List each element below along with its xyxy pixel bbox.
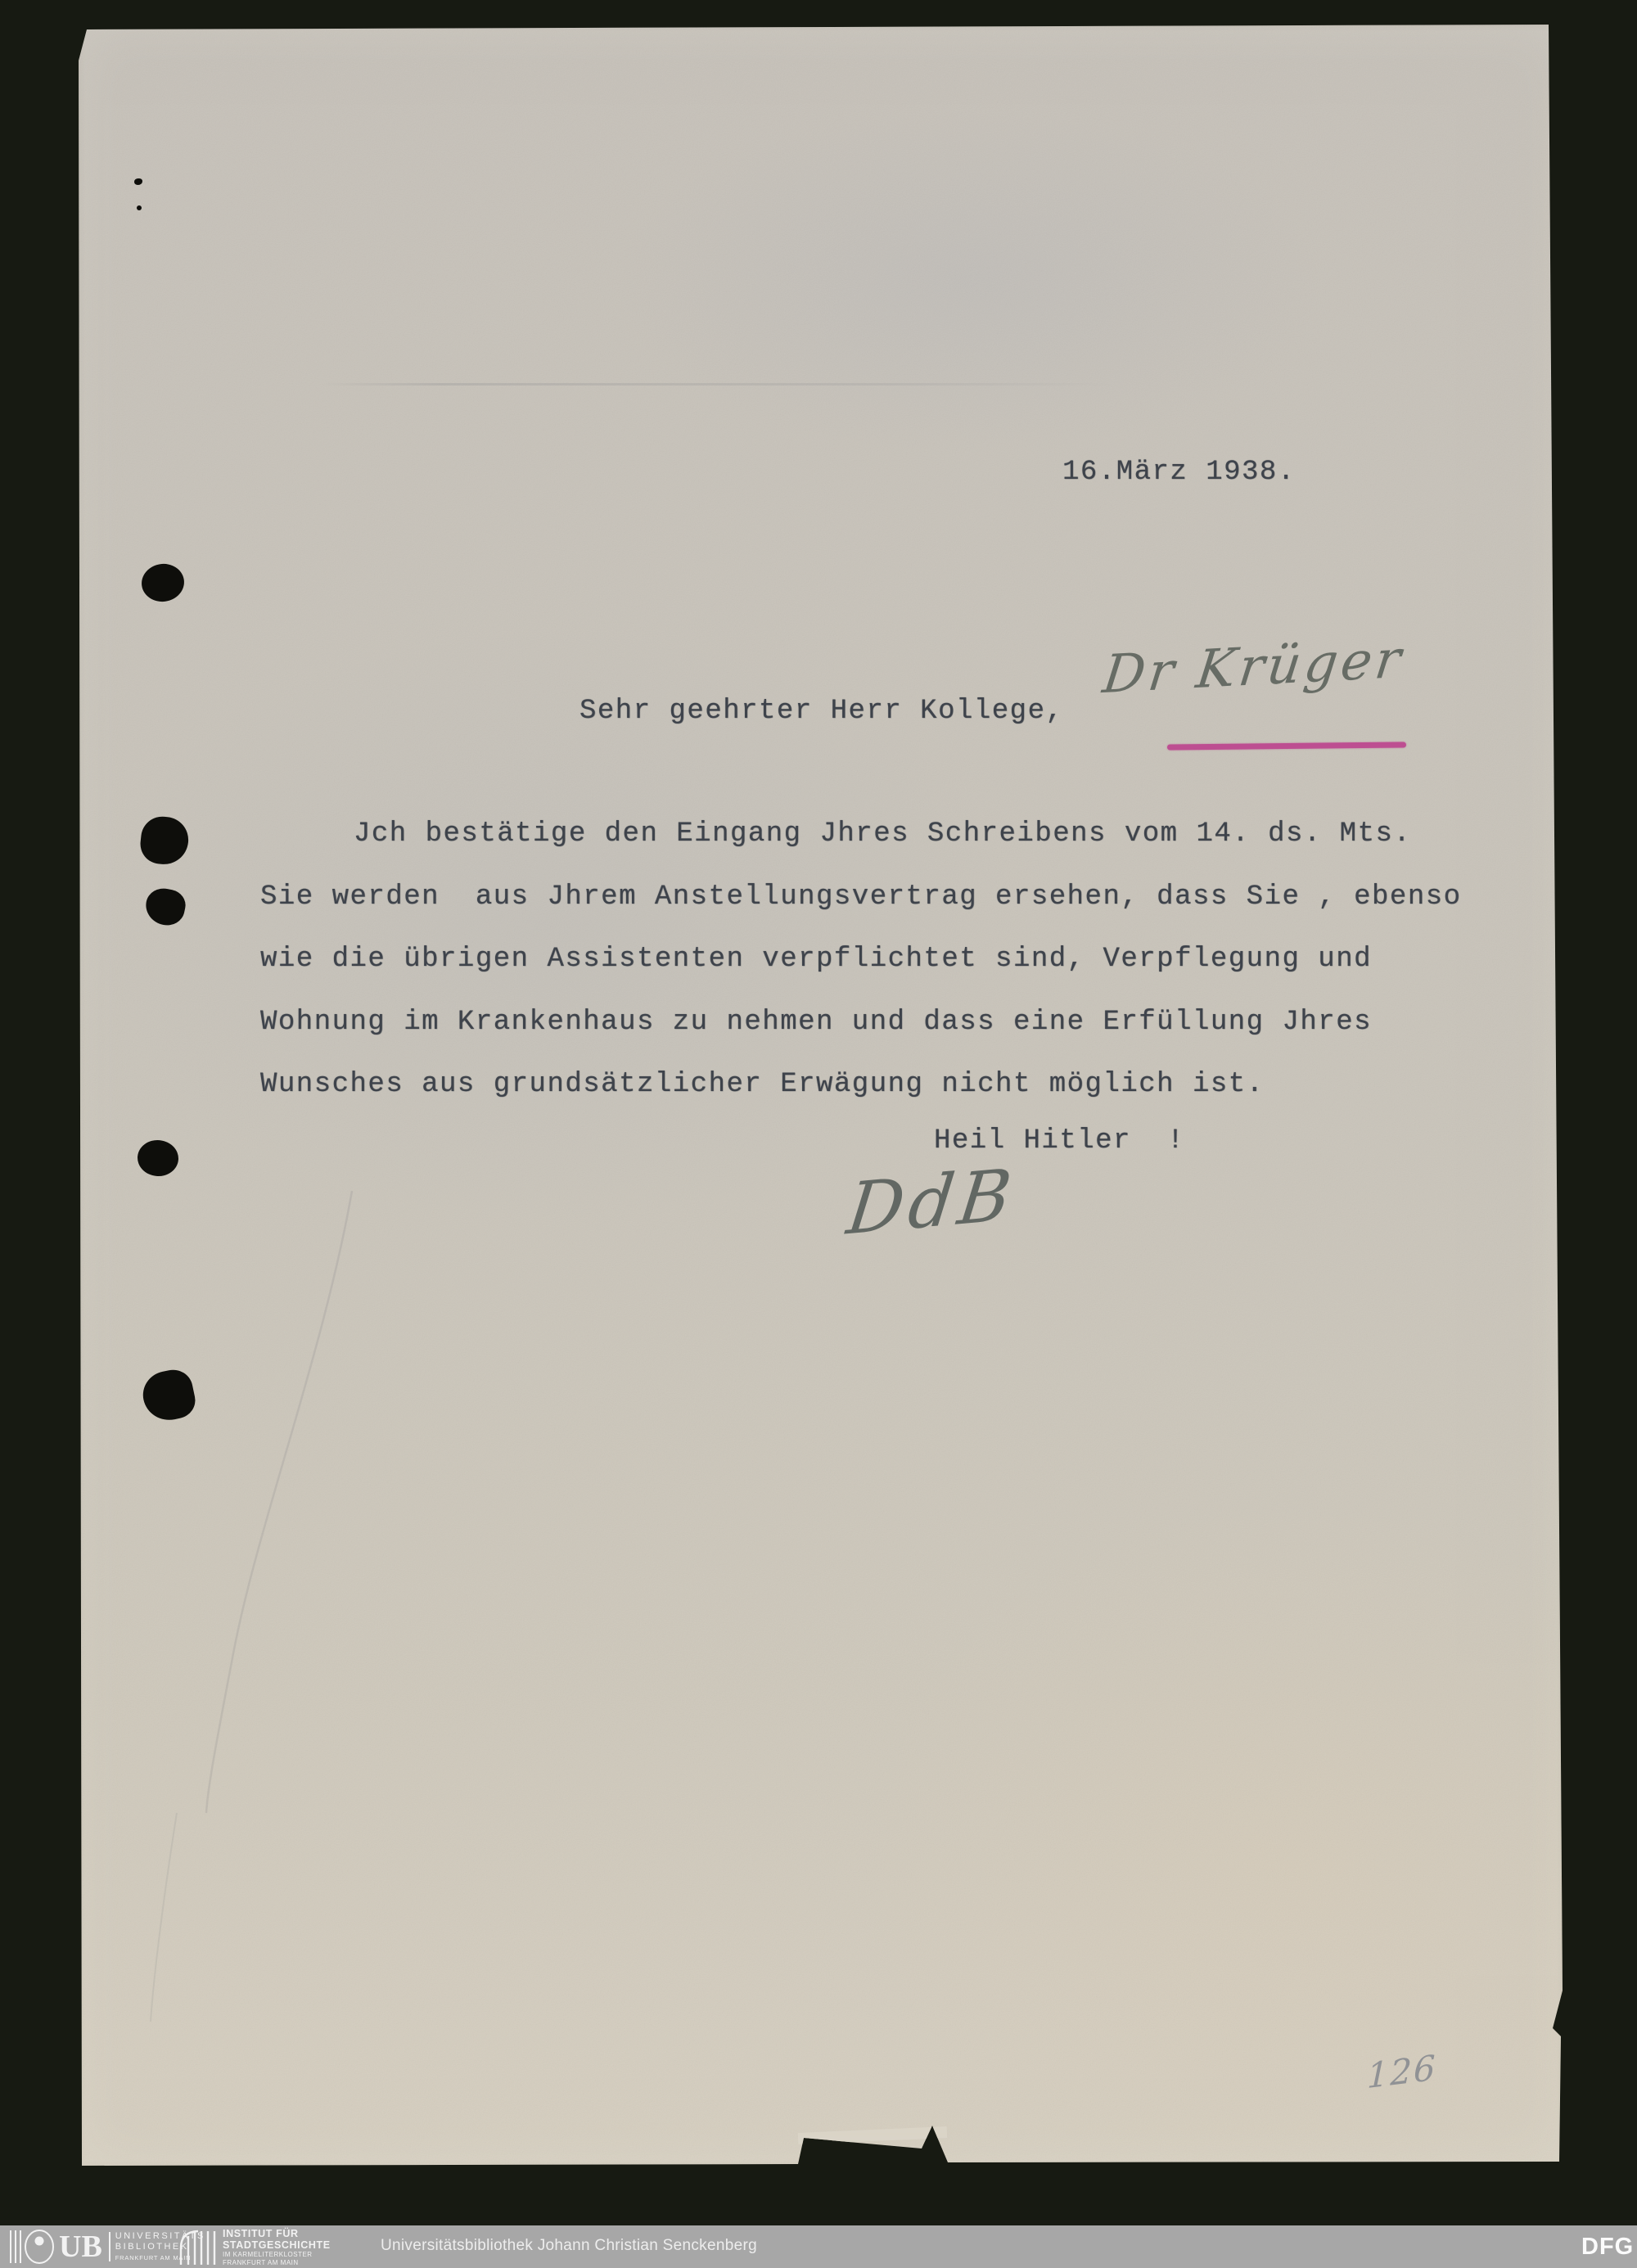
logo-separator (109, 2232, 110, 2261)
ub-goethe-icon (8, 2229, 56, 2265)
dfg-logo: DFG (1581, 2234, 1634, 2261)
punch-hole (139, 561, 187, 605)
institut-logo: INSTITUT FÜR STADTGESCHICHTE IM KARMELIT… (178, 2228, 331, 2266)
body-line: Wunsches aus grundsätzlicher Erwägung ni… (260, 1069, 1462, 1132)
handwritten-annotation: Dr Krüger (1099, 629, 1407, 706)
body-line: Jch bestätige den Eingang Jhres Schreibe… (260, 818, 1462, 881)
ink-blob (138, 1366, 198, 1425)
scanned-letter-page: 16.März 1938. Sehr geehrter Herr Kollege… (0, 0, 1637, 2268)
body-line: wie die übrigen Assistenten verpflichtet… (260, 944, 1462, 1007)
punch-hole (136, 1139, 180, 1178)
paper-tear (798, 2126, 947, 2144)
magenta-underline (1167, 742, 1406, 750)
library-footer-bar: UB UNIVERSITÄTS BIBLIOTHEK FRANKFURT AM … (0, 2225, 1637, 2268)
institut-logo-text: INSTITUT FÜR STADTGESCHICHTE IM KARMELIT… (223, 2228, 331, 2266)
institut-line: STADTGESCHICHTE (223, 2239, 331, 2251)
ink-blob (138, 814, 191, 867)
letter-date: 16.März 1938. (1062, 457, 1296, 488)
letter-salutation: Sehr geehrter Herr Kollege, (579, 696, 1063, 727)
institut-line: FRANKFURT AM MAIN (223, 2259, 331, 2267)
institut-line: INSTITUT FÜR (223, 2228, 331, 2239)
ink-blob (142, 885, 188, 928)
body-line: Wohnung im Krankenhaus zu nehmen und das… (260, 1007, 1462, 1070)
karmeliterkloster-icon (178, 2228, 216, 2266)
institut-line: IM KARMELITERKLOSTER (223, 2251, 331, 2259)
horizontal-crease (319, 383, 1117, 386)
letter-body: Jch bestätige den Eingang Jhres Schreibe… (260, 818, 1462, 1132)
ub-logo: UB UNIVERSITÄTS BIBLIOTHEK FRANKFURT AM … (8, 2229, 205, 2265)
ub-abbr: UB (59, 2229, 102, 2265)
pencil-page-number: 126 (1367, 2047, 1437, 2096)
handwritten-signature: DdB (843, 1153, 1021, 1251)
ink-speck (137, 205, 142, 210)
letter-closing: Heil Hitler ! (934, 1125, 1185, 1157)
library-credit-text: Universitätsbibliothek Johann Christian … (381, 2237, 757, 2255)
ink-speck (134, 178, 142, 185)
letter-paper-sheet: 16.März 1938. Sehr geehrter Herr Kollege… (79, 25, 1563, 2167)
body-line: Sie werden aus Jhrem Anstellungsvertrag … (260, 881, 1462, 945)
